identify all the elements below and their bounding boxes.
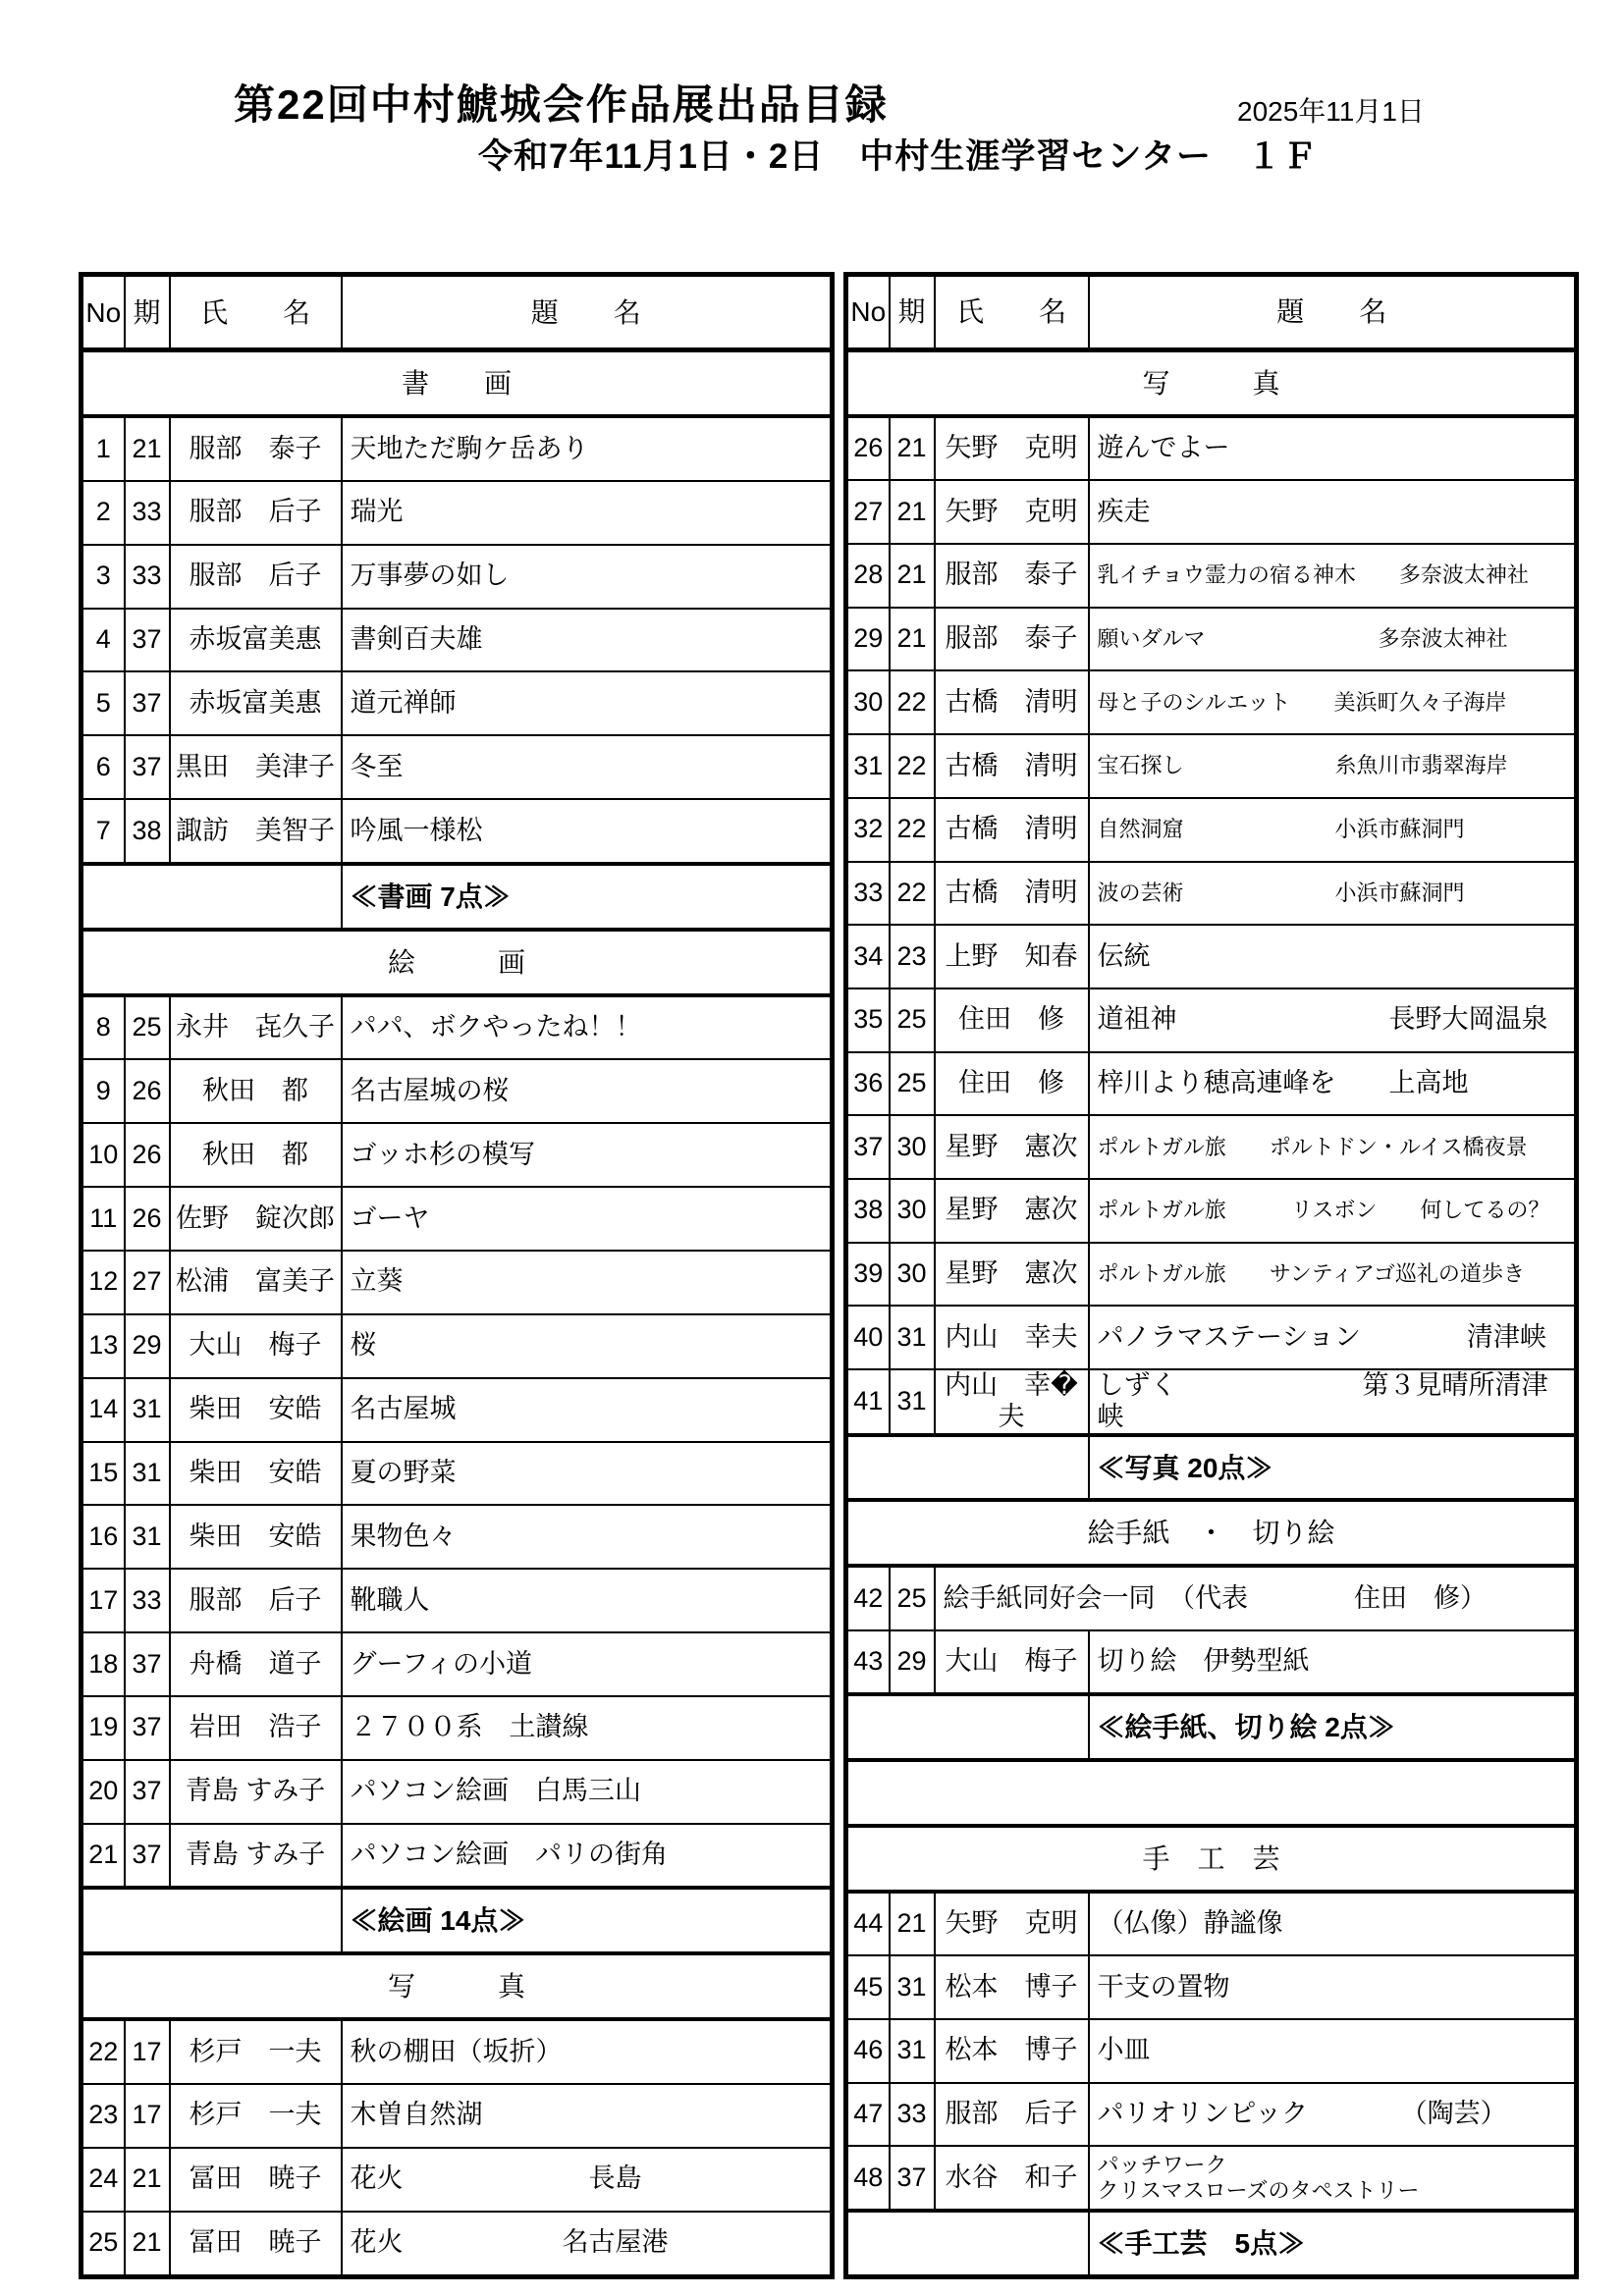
term-cell: 37 [125,1696,170,1760]
no-cell: 24 [81,2148,125,2212]
table-row: 738諏訪 美智子吟風一様松 [81,799,833,864]
name-cell: 矢野 克明 [935,1892,1089,1956]
name-cell: 秋田 都 [170,1059,342,1123]
title-cell: 切り絵 伊勢型紙 [1089,1630,1577,1695]
table-row: 4329大山 梅子切り絵 伊勢型紙 [846,1630,1577,1695]
name-cell: 服部 泰子 [170,416,342,481]
table-row: 4421矢野 克明（仏像）静謐像 [846,1892,1577,1956]
name-cell: 冨田 暁子 [170,2212,342,2277]
no-cell: 45 [846,1955,890,2019]
term-cell: 37 [890,2146,935,2211]
title-cell: 伝統 [1089,925,1577,988]
catalog-table-left: No期氏 名題 名書 画121服部 泰子天地ただ駒ケ岳あり233服部 后子瑞光3… [79,272,835,2279]
no-cell: 39 [846,1243,890,1307]
name-cell: 青島 すみ子 [170,1760,342,1824]
title-cell: パノラマステーション 清津峡 [1089,1306,1577,1369]
name-cell: 服部 后子 [170,1569,342,1632]
name-cell: 矢野 克明 [935,480,1089,544]
catalog-page: { "header": { "title": "第22回中村鯱城会作品展出品目録… [0,0,1624,2296]
table-row: 1937岩田 浩子２７００系 土讃線 [81,1696,833,1760]
term-cell: 30 [890,1179,935,1243]
term-cell: 31 [890,1306,935,1369]
total-empty-cell [846,1435,1089,1501]
no-cell: 19 [81,1696,125,1760]
table-row: 3830星野 憲次ポルトガル旅 リスボン 何してるの？ [846,1179,1577,1243]
name-cell: 古橋 清明 [935,862,1089,926]
total-empty-cell [846,1694,1089,1760]
no-cell: 4 [81,609,125,672]
name-cell: 松浦 富美子 [170,1251,342,1314]
table-row: 2037青島 すみ子パソコン絵画 白馬三山 [81,1760,833,1824]
empty-row [846,1760,1577,1826]
table-row: 3930星野 憲次ポルトガル旅 サンティアゴ巡礼の道歩き [846,1243,1577,1307]
total-row: ≪書画 7点≫ [81,864,833,930]
term-cell: 25 [890,1052,935,1116]
name-cell: 杉戸 一夫 [170,2019,342,2084]
term-cell: 37 [125,1824,170,1889]
term-cell: 38 [125,799,170,864]
no-cell: 37 [846,1115,890,1179]
column-header-name: 氏 名 [935,275,1089,350]
table-row: 1531柴田 安皓夏の野菜 [81,1442,833,1506]
table-row: 233服部 后子瑞光 [81,481,833,545]
name-cell: 服部 后子 [935,2083,1089,2147]
title-cell: 名古屋城 [342,1378,833,1442]
table-row: 2137青島 すみ子パソコン絵画 パリの街角 [81,1824,833,1889]
name-cell: 服部 后子 [170,545,342,609]
title-cell: 瑞光 [342,481,833,545]
section-row: 写 真 [81,1953,833,2019]
term-cell: 33 [125,481,170,545]
page-subtitle: 令和7年11月1日・2日 中村生涯学習センター １Ｆ [478,130,1318,179]
term-cell: 31 [125,1442,170,1506]
no-cell: 20 [81,1760,125,1824]
no-cell: 7 [81,799,125,864]
title-cell: 花火 名古屋港 [342,2212,833,2277]
table-row: 4031内山 幸夫パノラマステーション 清津峡 [846,1306,1577,1369]
section-label: 手 工 芸 [846,1826,1577,1892]
term-cell: 22 [890,862,935,926]
table-row: 1126佐野 錠次郎ゴーヤ [81,1187,833,1251]
no-cell: 17 [81,1569,125,1632]
title-cell: パソコン絵画 パリの街角 [342,1824,833,1889]
title-cell: 自然洞窟 小浜市蘇洞門 [1089,798,1577,862]
name-cell: 柴田 安皓 [170,1378,342,1442]
no-cell: 41 [846,1369,890,1435]
section-row: 書 画 [81,350,833,416]
title-cell: 願いダルマ 多奈波太神社 [1089,608,1577,671]
catalog-table-right: No期氏 名題 名写 真2621矢野 克明遊んでよー2721矢野 克明疾走282… [843,272,1579,2279]
name-cell: 服部 泰子 [935,544,1089,608]
table-row: 437赤坂富美惠書剣百夫雄 [81,609,833,672]
name-cell: 内山 幸�夫 [935,1369,1089,1435]
title-cell: 遊んでよー [1089,416,1577,481]
name-cell: 柴田 安皓 [170,1442,342,1506]
column-header-no: No [846,275,890,350]
no-cell: 29 [846,608,890,671]
term-cell: 33 [890,2083,935,2147]
title-cell: 靴職人 [342,1569,833,1632]
no-cell: 22 [81,2019,125,2084]
no-cell: 21 [81,1824,125,1889]
term-cell: 26 [125,1059,170,1123]
title-cell: パリオリンピック （陶芸） [1089,2083,1577,2147]
section-label: 書 画 [81,350,833,416]
column-header-term: 期 [890,275,935,350]
title-cell: 書剣百夫雄 [342,609,833,672]
name-cell: 内山 幸夫 [935,1306,1089,1369]
name-cell: 赤坂富美惠 [170,671,342,735]
term-cell: 17 [125,2019,170,2084]
total-row: ≪写真 20点≫ [846,1435,1577,1501]
title-cell: パソコン絵画 白馬三山 [342,1760,833,1824]
table-row: 333服部 后子万事夢の如し [81,545,833,609]
total-empty-cell [81,1888,342,1953]
title-cell: 天地ただ駒ケ岳あり [342,416,833,481]
title-cell: ゴーヤ [342,1187,833,1251]
name-cell: 冨田 暁子 [170,2148,342,2212]
table-row: 2421冨田 暁子花火 長島 [81,2148,833,2212]
no-cell: 16 [81,1505,125,1569]
total-row: ≪絵手紙、切り絵 2点≫ [846,1694,1577,1760]
term-cell: 31 [890,1369,935,1435]
title-cell: 小皿 [1089,2019,1577,2083]
title-cell: ポルトガル旅 サンティアゴ巡礼の道歩き [1089,1243,1577,1307]
term-cell: 21 [125,416,170,481]
table-row: 2721矢野 克明疾走 [846,480,1577,544]
title-cell: パッチワーク クリスマスローズのタペストリー [1089,2146,1577,2211]
column-header-term: 期 [125,275,170,350]
name-cell: 赤坂富美惠 [170,609,342,672]
no-cell: 35 [846,988,890,1052]
no-cell: 11 [81,1187,125,1251]
no-cell: 30 [846,670,890,734]
name-cell: 古橋 清明 [935,670,1089,734]
table-row: 3022古橋 清明母と子のシルエット 美浜町久々子海岸 [846,670,1577,734]
no-cell: 2 [81,481,125,545]
section-row: 絵 画 [81,930,833,995]
table-row: 2317杉戸 一夫木曽自然湖 [81,2084,833,2148]
no-cell: 48 [846,2146,890,2211]
name-cell: 星野 憲次 [935,1115,1089,1179]
title-cell: 梓川より穂高連峰を 上高地 [1089,1052,1577,1116]
no-cell: 8 [81,995,125,1060]
no-cell: 32 [846,798,890,862]
term-cell: 17 [125,2084,170,2148]
total-label: ≪絵画 14点≫ [342,1888,833,1953]
no-cell: 15 [81,1442,125,1506]
title-cell: ２７００系 土讃線 [342,1696,833,1760]
section-label: 絵 画 [81,930,833,995]
table-row: 537赤坂富美惠道元禅師 [81,671,833,735]
no-cell: 3 [81,545,125,609]
name-cell: 舟橋 道子 [170,1632,342,1696]
term-cell: 26 [125,1187,170,1251]
title-cell: 立葵 [342,1251,833,1314]
total-label: ≪写真 20点≫ [1089,1435,1577,1501]
name-cell: 矢野 克明 [935,416,1089,481]
table-row: 1227松浦 富美子立葵 [81,1251,833,1314]
term-cell: 25 [890,1566,935,1630]
table-row: 4733服部 后子パリオリンピック （陶芸） [846,2083,1577,2147]
column-header-row: No期氏 名題 名 [846,275,1577,350]
title-cell: 万事夢の如し [342,545,833,609]
title-cell: 果物色々 [342,1505,833,1569]
no-cell: 38 [846,1179,890,1243]
no-cell: 43 [846,1630,890,1695]
empty-cell [846,1760,1577,1826]
no-cell: 42 [846,1566,890,1630]
table-row: 3730星野 憲次ポルトガル旅 ポルトドン・ルイス橋夜景 [846,1115,1577,1179]
term-cell: 27 [125,1251,170,1314]
term-cell: 31 [890,2019,935,2083]
table-row: 4225絵手紙同好会一同 （代表 住田 修） [846,1566,1577,1630]
name-cell: 住田 修 [935,988,1089,1052]
section-label: 写 真 [846,350,1577,416]
table-row: 3525住田 修道祖神 長野大岡温泉 [846,988,1577,1052]
title-cell: 波の芸術 小浜市蘇洞門 [1089,862,1577,926]
name-cell: 諏訪 美智子 [170,799,342,864]
title-cell: 乳イチョウ霊力の宿る神木 多奈波太神社 [1089,544,1577,608]
term-cell: 21 [125,2148,170,2212]
table-row: 3625住田 修梓川より穂高連峰を 上高地 [846,1052,1577,1116]
table-row: 4131内山 幸�夫しずく 第３見晴所清津峡 [846,1369,1577,1435]
table-row: 4837水谷 和子パッチワーク クリスマスローズのタペストリー [846,2146,1577,2211]
table-row: 3222古橋 清明自然洞窟 小浜市蘇洞門 [846,798,1577,862]
no-cell: 40 [846,1306,890,1369]
name-cell: 永井 㐂久子 [170,995,342,1060]
no-cell: 25 [81,2212,125,2277]
table-row: 2921服部 泰子願いダルマ 多奈波太神社 [846,608,1577,671]
title-cell: 秋の棚田（坂折） [342,2019,833,2084]
no-cell: 23 [81,2084,125,2148]
term-cell: 33 [125,1569,170,1632]
name-cell: 服部 后子 [170,481,342,545]
no-cell: 33 [846,862,890,926]
title-cell: 道元禅師 [342,671,833,735]
name-cell: 古橋 清明 [935,734,1089,798]
name-cell: 松本 博子 [935,2019,1089,2083]
title-cell: 吟風一様松 [342,799,833,864]
table-row: 3322古橋 清明波の芸術 小浜市蘇洞門 [846,862,1577,926]
title-cell: 道祖神 長野大岡温泉 [1089,988,1577,1052]
title-cell: 疾走 [1089,480,1577,544]
no-cell: 9 [81,1059,125,1123]
title-cell: ポルトガル旅 ポルトドン・ルイス橋夜景 [1089,1115,1577,1179]
total-row: ≪手工芸 5点≫ [846,2211,1577,2276]
table-row: 4531松本 博子干支の置物 [846,1955,1577,2019]
catalog-tables: No期氏 名題 名書 画121服部 泰子天地ただ駒ケ岳あり233服部 后子瑞光3… [79,272,1579,2279]
name-cell: 佐野 錠次郎 [170,1187,342,1251]
no-cell: 46 [846,2019,890,2083]
name-title-span-cell: 絵手紙同好会一同 （代表 住田 修） [935,1566,1577,1630]
table-row: 1431柴田 安皓名古屋城 [81,1378,833,1442]
term-cell: 29 [890,1630,935,1695]
section-label: 写 真 [81,1953,833,2019]
title-cell: 花火 長島 [342,2148,833,2212]
page-title: 第22回中村鯱城会作品展出品目録 [234,73,889,132]
table-row: 1631柴田 安皓果物色々 [81,1505,833,1569]
title-cell: 母と子のシルエット 美浜町久々子海岸 [1089,670,1577,734]
table-row: 2621矢野 克明遊んでよー [846,416,1577,481]
no-cell: 44 [846,1892,890,1956]
name-cell: 岩田 浩子 [170,1696,342,1760]
term-cell: 21 [890,416,935,481]
term-cell: 37 [125,1632,170,1696]
title-cell: 桜 [342,1314,833,1378]
name-cell: 住田 修 [935,1052,1089,1116]
name-cell: 星野 憲次 [935,1243,1089,1307]
term-cell: 22 [890,734,935,798]
table-row: 1733服部 后子靴職人 [81,1569,833,1632]
no-cell: 34 [846,925,890,988]
name-cell: 柴田 安皓 [170,1505,342,1569]
term-cell: 37 [125,671,170,735]
title-cell: 名古屋城の桜 [342,1059,833,1123]
title-cell: ポルトガル旅 リスボン 何してるの？ [1089,1179,1577,1243]
total-label: ≪手工芸 5点≫ [1089,2211,1577,2276]
column-header-title: 題 名 [1089,275,1577,350]
table-row: 3423上野 知春伝統 [846,925,1577,988]
table-row: 2521冨田 暁子花火 名古屋港 [81,2212,833,2277]
title-cell: しずく 第３見晴所清津峡 [1089,1369,1577,1435]
name-cell: 服部 泰子 [935,608,1089,671]
term-cell: 25 [125,995,170,1060]
term-cell: 26 [125,1123,170,1187]
table-row: 637黒田 美津子冬至 [81,735,833,799]
table-row: 1837舟橋 道子グーフィの小道 [81,1632,833,1696]
name-cell: 大山 梅子 [935,1630,1089,1695]
no-cell: 26 [846,416,890,481]
no-cell: 5 [81,671,125,735]
term-cell: 21 [890,1892,935,1956]
title-cell: 干支の置物 [1089,1955,1577,2019]
no-cell: 31 [846,734,890,798]
table-row: 825永井 㐂久子パパ、ボクやったね！！ [81,995,833,1060]
total-empty-cell [846,2211,1089,2276]
column-header-title: 題 名 [342,275,833,350]
name-cell: 松本 博子 [935,1955,1089,2019]
term-cell: 37 [125,1760,170,1824]
title-cell: パパ、ボクやったね！！ [342,995,833,1060]
term-cell: 21 [890,544,935,608]
no-cell: 28 [846,544,890,608]
table-row: 1026秋田 都ゴッホ杉の模写 [81,1123,833,1187]
total-label: ≪書画 7点≫ [342,864,833,930]
term-cell: 37 [125,735,170,799]
no-cell: 47 [846,2083,890,2147]
name-cell: 青島 すみ子 [170,1824,342,1889]
name-cell: 黒田 美津子 [170,735,342,799]
name-cell: 大山 梅子 [170,1314,342,1378]
no-cell: 12 [81,1251,125,1314]
column-header-no: No [81,275,125,350]
section-row: 絵手紙 ・ 切り絵 [846,1500,1577,1566]
term-cell: 21 [890,608,935,671]
no-cell: 14 [81,1378,125,1442]
no-cell: 18 [81,1632,125,1696]
total-label: ≪絵手紙、切り絵 2点≫ [1089,1694,1577,1760]
title-cell: 冬至 [342,735,833,799]
no-cell: 10 [81,1123,125,1187]
no-cell: 1 [81,416,125,481]
section-row: 写 真 [846,350,1577,416]
title-cell: グーフィの小道 [342,1632,833,1696]
total-empty-cell [81,864,342,930]
name-cell: 古橋 清明 [935,798,1089,862]
column-header-row: No期氏 名題 名 [81,275,833,350]
title-cell: 宝石探し 糸魚川市翡翠海岸 [1089,734,1577,798]
table-row: 121服部 泰子天地ただ駒ケ岳あり [81,416,833,481]
name-cell: 上野 知春 [935,925,1089,988]
title-cell: 夏の野菜 [342,1442,833,1506]
term-cell: 30 [890,1115,935,1179]
table-row: 3122古橋 清明宝石探し 糸魚川市翡翠海岸 [846,734,1577,798]
term-cell: 23 [890,925,935,988]
table-row: 4631松本 博子小皿 [846,2019,1577,2083]
term-cell: 37 [125,609,170,672]
name-cell: 水谷 和子 [935,2146,1089,2211]
table-row: 1329大山 梅子桜 [81,1314,833,1378]
term-cell: 31 [890,1955,935,2019]
title-cell: 木曽自然湖 [342,2084,833,2148]
no-cell: 6 [81,735,125,799]
term-cell: 25 [890,988,935,1052]
term-cell: 30 [890,1243,935,1307]
page-date: 2025年11月1日 [1237,90,1425,130]
no-cell: 27 [846,480,890,544]
term-cell: 22 [890,670,935,734]
term-cell: 31 [125,1505,170,1569]
term-cell: 22 [890,798,935,862]
term-cell: 33 [125,545,170,609]
table-row: 2217杉戸 一夫秋の棚田（坂折） [81,2019,833,2084]
no-cell: 13 [81,1314,125,1378]
column-header-name: 氏 名 [170,275,342,350]
title-cell: ゴッホ杉の模写 [342,1123,833,1187]
total-row: ≪絵画 14点≫ [81,1888,833,1953]
term-cell: 29 [125,1314,170,1378]
name-cell: 杉戸 一夫 [170,2084,342,2148]
table-row: 926秋田 都名古屋城の桜 [81,1059,833,1123]
term-cell: 21 [890,480,935,544]
term-cell: 31 [125,1378,170,1442]
section-row: 手 工 芸 [846,1826,1577,1892]
name-cell: 秋田 都 [170,1123,342,1187]
no-cell: 36 [846,1052,890,1116]
term-cell: 21 [125,2212,170,2277]
table-row: 2821服部 泰子乳イチョウ霊力の宿る神木 多奈波太神社 [846,544,1577,608]
section-label: 絵手紙 ・ 切り絵 [846,1500,1577,1566]
name-cell: 星野 憲次 [935,1179,1089,1243]
title-cell: （仏像）静謐像 [1089,1892,1577,1956]
